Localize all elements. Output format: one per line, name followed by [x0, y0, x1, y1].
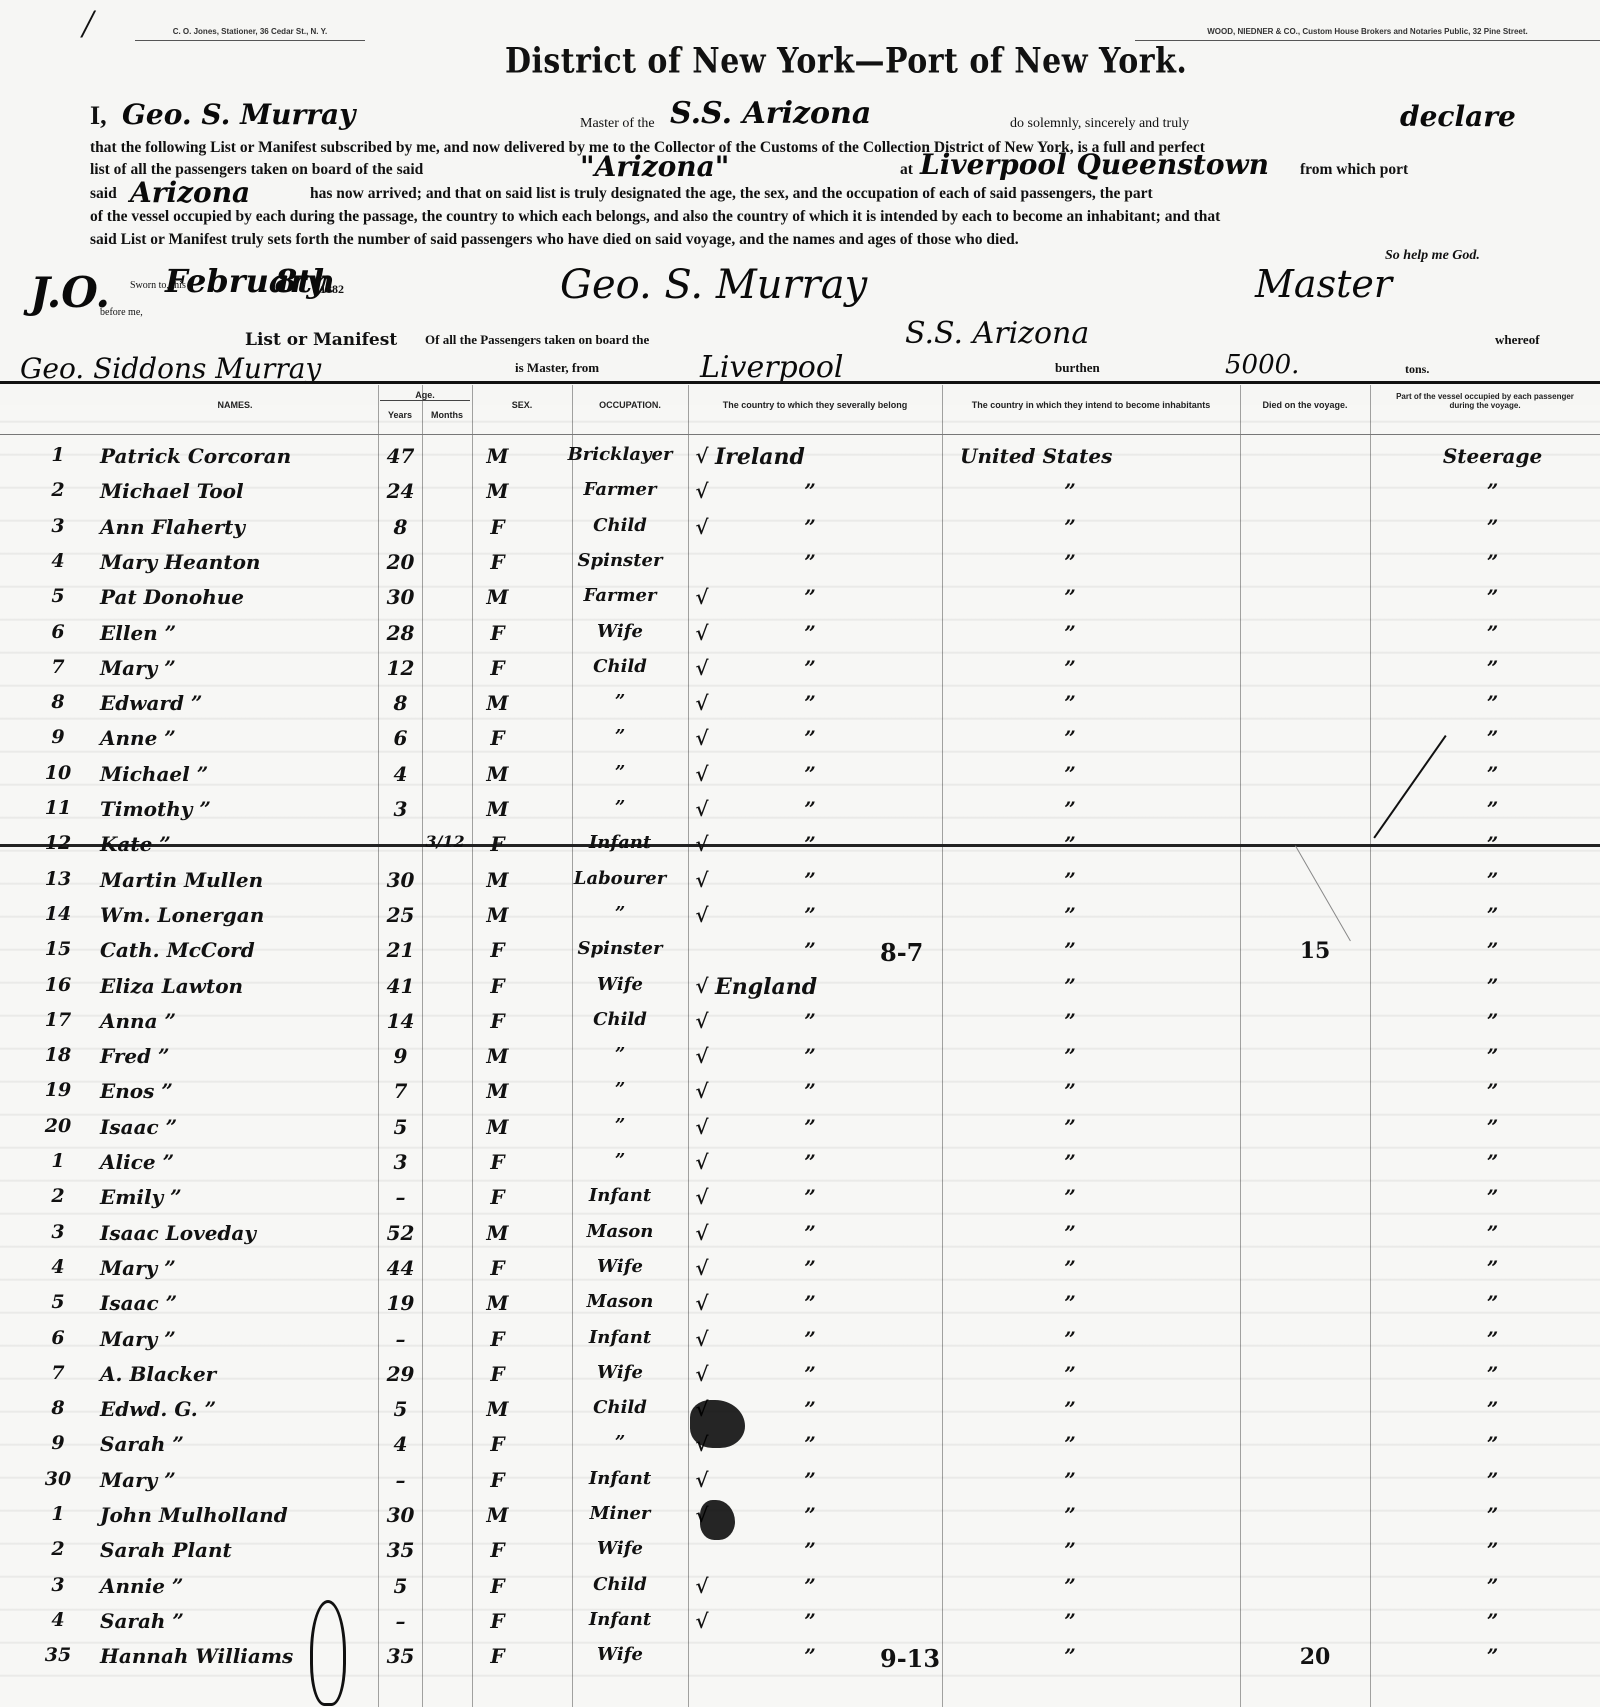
check-mark: √ [690, 726, 714, 750]
row-number: 1 [30, 444, 86, 466]
check-mark: √ [690, 691, 714, 715]
occupation: ” [555, 1150, 685, 1171]
table-row: 17Anna ”14FChild√””” [0, 1005, 1600, 1038]
of-all-passengers: Of all the Passengers taken on board the [425, 332, 649, 348]
ditto-inhabit: ” [1060, 691, 1080, 715]
col-years: Years [380, 410, 420, 420]
age-years: – [378, 1468, 423, 1492]
age-years: 25 [378, 903, 423, 927]
row-number: 8 [30, 1397, 86, 1419]
row-number: 2 [30, 479, 86, 501]
passenger-name: Anna ” [100, 1009, 176, 1033]
age-years: – [378, 1327, 423, 1351]
ditto-inhabit: ” [1060, 1397, 1080, 1421]
ditto-inhabit: ” [1060, 1115, 1080, 1139]
sex: M [470, 1079, 525, 1103]
row-number: 35 [30, 1644, 86, 1666]
decl-line4: has now arrived; and that on said list i… [310, 182, 1153, 205]
ditto-inhabit: ” [1060, 938, 1080, 962]
vessel-part: ” [1395, 1609, 1590, 1633]
row-number: 16 [30, 974, 86, 996]
occupation: Infant [555, 832, 685, 853]
occupation: Spinster [555, 938, 685, 959]
row-number: 19 [30, 1079, 86, 1101]
annotation-number-2: 20 [1240, 1644, 1390, 1670]
passenger-name: Mary ” [100, 656, 176, 680]
table-row: 10Michael ”4M”√””” [0, 758, 1600, 791]
page-mark: / [82, 0, 93, 47]
sex: F [470, 1644, 525, 1668]
ditto-inhabit: ” [1060, 1503, 1080, 1527]
occupation: Spinster [555, 550, 685, 571]
ditto-inhabit: ” [1060, 726, 1080, 750]
ditto-belong: ” [800, 1221, 820, 1245]
sex: F [470, 726, 525, 750]
check-mark: √ [690, 1150, 714, 1174]
check-mark: √ [690, 762, 714, 786]
sex: M [470, 1291, 525, 1315]
occupation: Wife [555, 1644, 685, 1665]
age-years: 21 [378, 938, 423, 962]
table-row: 3Annie ”5FChild√””” [0, 1570, 1600, 1603]
check-mark: √ [690, 1574, 714, 1598]
vessel-part: Steerage [1395, 444, 1590, 468]
vessel-part: ” [1395, 1256, 1590, 1280]
occupation: Infant [555, 1468, 685, 1489]
ditto-belong: ” [800, 1327, 820, 1351]
country-belong: England [715, 974, 817, 1000]
ditto-belong: ” [800, 762, 820, 786]
sex: F [470, 1574, 525, 1598]
ditto-belong: ” [800, 621, 820, 645]
occupation: Child [555, 1574, 685, 1595]
row-number: 6 [30, 1327, 86, 1349]
age-years: 47 [378, 444, 423, 468]
sex: M [470, 1503, 525, 1527]
vessel-part: ” [1395, 938, 1590, 962]
column-headers: NAMES. Age. Years Months SEX. OCCUPATION… [0, 392, 1600, 435]
occupation: Miner [555, 1503, 685, 1524]
ditto-inhabit: ” [1060, 621, 1080, 645]
ditto-belong: ” [800, 1609, 820, 1633]
vessel-part: ” [1395, 832, 1590, 856]
ditto-inhabit: ” [1060, 1609, 1080, 1633]
age-years: 30 [378, 868, 423, 892]
header-divider [0, 381, 1600, 384]
occupation: Infant [555, 1609, 685, 1630]
vessel-part: ” [1395, 1079, 1590, 1103]
sex: F [470, 515, 525, 539]
ditto-belong: ” [800, 1574, 820, 1598]
occupation: Child [555, 1009, 685, 1030]
row-number: 30 [30, 1468, 86, 1490]
ditto-inhabit: ” [1060, 1221, 1080, 1245]
table-row: 2Sarah Plant35FWife””” [0, 1534, 1600, 1567]
sex: M [470, 1115, 525, 1139]
row-number: 3 [30, 515, 86, 537]
row-number: 2 [30, 1538, 86, 1560]
ditto-belong: ” [800, 1044, 820, 1068]
occupation: Wife [555, 974, 685, 995]
passenger-name: Sarah Plant [100, 1538, 232, 1562]
printer-imprint-right: WOOD, NIEDNER & CO., Custom House Broker… [1135, 27, 1600, 41]
occupation: Infant [555, 1327, 685, 1348]
sex: F [470, 1009, 525, 1033]
sex: F [470, 1468, 525, 1492]
row-number: 7 [30, 656, 86, 678]
check-mark: √ [690, 1468, 714, 1492]
age-years: 6 [378, 726, 423, 750]
passenger-name: Timothy ” [100, 797, 211, 821]
occupation: Farmer [555, 585, 685, 606]
passenger-name: Cath. McCord [100, 938, 255, 962]
passenger-name: A. Blacker [100, 1362, 216, 1386]
occupation: ” [555, 1432, 685, 1453]
ditto-inhabit: ” [1060, 1574, 1080, 1598]
passenger-name: Enos ” [100, 1079, 173, 1103]
table-row: 9Anne ”6F”√””” [0, 722, 1600, 755]
occupation: ” [555, 1079, 685, 1100]
age-years: 9 [378, 1044, 423, 1068]
table-row: 2Michael Tool24MFarmer√””” [0, 475, 1600, 508]
ditto-inhabit: ” [1060, 1327, 1080, 1351]
ink-loop-mark [310, 1600, 346, 1706]
check-mark: √ [690, 1291, 714, 1315]
ditto-belong: ” [800, 691, 820, 715]
age-years: 52 [378, 1221, 423, 1245]
sex: M [470, 903, 525, 927]
col-sex: SEX. [474, 400, 570, 410]
sex: M [470, 585, 525, 609]
ditto-inhabit: ” [1060, 832, 1080, 856]
age-years: 44 [378, 1256, 423, 1280]
table-row: 8Edward ”8M”√””” [0, 687, 1600, 720]
occupation: ” [555, 726, 685, 747]
sex: M [470, 868, 525, 892]
age-years: 3 [378, 797, 423, 821]
ship-name-2: "Arizona" [580, 150, 729, 183]
sex: M [470, 444, 525, 468]
passenger-name: Michael Tool [100, 479, 244, 503]
before-me-label: before me, [100, 307, 143, 318]
table-row: 5Isaac ”19MMason√””” [0, 1287, 1600, 1320]
ink-blot [690, 1400, 745, 1448]
row-number: 4 [30, 1609, 86, 1631]
row-number: 9 [30, 726, 86, 748]
ditto-inhabit: ” [1060, 1079, 1080, 1103]
decl-solemnly: do solemnly, sincerely and truly [1010, 112, 1189, 135]
ditto-belong: ” [800, 1150, 820, 1174]
row-number: 10 [30, 762, 86, 784]
ditto-inhabit: ” [1060, 1538, 1080, 1562]
col-country-inhabit: The country in which they intend to beco… [944, 400, 1238, 410]
country-inhabit: United States [960, 444, 1112, 468]
occupation: Infant [555, 1185, 685, 1206]
occupation: ” [555, 1115, 685, 1136]
sex: M [470, 797, 525, 821]
vessel-part: ” [1395, 1432, 1590, 1456]
row-number: 11 [30, 797, 86, 819]
vessel-part: ” [1395, 1291, 1590, 1315]
passenger-name: John Mulholland [100, 1503, 288, 1527]
sex: F [470, 1256, 525, 1280]
table-row: 13Martin Mullen30MLabourer√””” [0, 864, 1600, 897]
age-years: 4 [378, 1432, 423, 1456]
row-number: 4 [30, 550, 86, 572]
passenger-name: Pat Donohue [100, 585, 244, 609]
ditto-belong: ” [800, 479, 820, 503]
vessel-part: ” [1395, 726, 1590, 750]
row-number: 20 [30, 1115, 86, 1137]
passenger-name: Edward ” [100, 691, 202, 715]
occupation: ” [555, 1044, 685, 1065]
table-row: 16Eliza Lawton41FWife√England”” [0, 970, 1600, 1003]
sex: M [470, 1221, 525, 1245]
age-years: – [378, 1609, 423, 1633]
so-help-me-god: So help me God. [1385, 248, 1480, 264]
passenger-name: Eliza Lawton [100, 974, 243, 998]
sex: F [470, 656, 525, 680]
occupation: Wife [555, 1256, 685, 1277]
row-number: 13 [30, 868, 86, 890]
vessel-part: ” [1395, 1221, 1590, 1245]
vessel-part: ” [1395, 868, 1590, 892]
age-years: 19 [378, 1291, 423, 1315]
vessel-part: ” [1395, 1468, 1590, 1492]
table-row: 6Ellen ”28FWife√””” [0, 617, 1600, 650]
ditto-inhabit: ” [1060, 656, 1080, 680]
sex: F [470, 1185, 525, 1209]
passenger-name: Mary Heanton [100, 550, 260, 574]
row-number: 3 [30, 1221, 86, 1243]
vessel-part: ” [1395, 1362, 1590, 1386]
passenger-name: Isaac ” [100, 1115, 177, 1139]
vessel-part: ” [1395, 621, 1590, 645]
table-row: 11Timothy ”3M”√””” [0, 793, 1600, 826]
age-months: 3/12 [420, 832, 470, 851]
ditto-belong: ” [800, 832, 820, 856]
row-number: 7 [30, 1362, 86, 1384]
passenger-name: Mary ” [100, 1327, 176, 1351]
ditto-belong: ” [800, 938, 820, 962]
age-years: 35 [378, 1538, 423, 1562]
sex: F [470, 1327, 525, 1351]
vessel-part: ” [1395, 1503, 1590, 1527]
check-mark: √ [690, 1362, 714, 1386]
check-mark: √ [690, 1221, 714, 1245]
vessel-part: ” [1395, 479, 1590, 503]
table-row: 7A. Blacker29FWife√””” [0, 1358, 1600, 1391]
ditto-inhabit: ” [1060, 585, 1080, 609]
row-number: 8 [30, 691, 86, 713]
table-row: 4Sarah ”–FInfant√””” [0, 1605, 1600, 1638]
age-years: 41 [378, 974, 423, 998]
ditto-belong: ” [800, 1079, 820, 1103]
occupation: ” [555, 691, 685, 712]
vessel-part: ” [1395, 515, 1590, 539]
check-mark: √ [690, 797, 714, 821]
check-mark: √ [690, 903, 714, 927]
col-months: Months [424, 410, 470, 420]
decl-prefix: I, [90, 104, 107, 127]
ditto-inhabit: ” [1060, 1291, 1080, 1315]
tonnage-value: 5000. [1225, 350, 1299, 380]
ditto-inhabit: ” [1060, 797, 1080, 821]
age-years: 28 [378, 621, 423, 645]
annotation-number: 8-7 [880, 938, 923, 967]
occupation: Mason [555, 1291, 685, 1312]
age-years: 5 [378, 1574, 423, 1598]
table-row: 2Emily ”–FInfant√””” [0, 1181, 1600, 1214]
decl-master-of: Master of the [580, 112, 655, 135]
check-mark: √ [690, 621, 714, 645]
ditto-belong: ” [800, 1115, 820, 1139]
table-row: 20Isaac ”5M”√””” [0, 1111, 1600, 1144]
vessel-part: ” [1395, 1397, 1590, 1421]
passenger-name: Mary ” [100, 1468, 176, 1492]
tons-label: tons. [1405, 362, 1429, 377]
row-number: 2 [30, 1185, 86, 1207]
ditto-inhabit: ” [1060, 1468, 1080, 1492]
age-years: 14 [378, 1009, 423, 1033]
vessel-part: ” [1395, 691, 1590, 715]
ditto-belong: ” [800, 1644, 820, 1668]
vessel-part: ” [1395, 1115, 1590, 1139]
age-years: 8 [378, 515, 423, 539]
ink-blot [700, 1500, 735, 1540]
col-died: Died on the voyage. [1242, 400, 1368, 410]
list-or-manifest-label: List or Manifest [245, 330, 397, 350]
check-mark: √ [690, 1256, 714, 1280]
col-occupation: OCCUPATION. [574, 400, 686, 410]
sex: F [470, 938, 525, 962]
table-row: 15Cath. McCord21FSpinster”””8-715 [0, 934, 1600, 967]
table-row: 9Sarah ”4F”√””” [0, 1428, 1600, 1461]
sex: M [470, 1397, 525, 1421]
row-number: 15 [30, 938, 86, 960]
check-mark: √ [690, 656, 714, 680]
table-row: 5Pat Donohue30MFarmer√””” [0, 581, 1600, 614]
occupation: Child [555, 1397, 685, 1418]
age-years: 8 [378, 691, 423, 715]
official-initials: J.O. [30, 268, 110, 317]
row-number: 14 [30, 903, 86, 925]
passenger-name: Wm. Lonergan [100, 903, 264, 927]
check-mark: √ [690, 1609, 714, 1633]
row-number: 17 [30, 1009, 86, 1031]
age-years: 4 [378, 762, 423, 786]
ship-name-1: S.S. Arizona [670, 96, 871, 131]
table-row: 3Ann Flaherty8FChild√””” [0, 511, 1600, 544]
passenger-name: Patrick Corcoran [100, 444, 291, 468]
occupation: Labourer [555, 868, 685, 889]
vessel-part: ” [1395, 1574, 1590, 1598]
row-number: 18 [30, 1044, 86, 1066]
occupation: Child [555, 515, 685, 536]
check-mark: √ [690, 1115, 714, 1139]
master-signature: Geo. S. Murray [560, 262, 867, 308]
passenger-name: Isaac ” [100, 1291, 177, 1315]
ditto-belong: ” [800, 797, 820, 821]
is-master-from-label: is Master, from [515, 360, 599, 376]
check-mark: √ [690, 1009, 714, 1033]
check-mark: √ [690, 832, 714, 856]
sex: F [470, 832, 525, 856]
ditto-inhabit: ” [1060, 1150, 1080, 1174]
passenger-name: Isaac Loveday [100, 1221, 256, 1245]
vessel-part: ” [1395, 1327, 1590, 1351]
declare-word: declare [1400, 100, 1516, 133]
check-mark: √ [690, 444, 714, 468]
table-row: 18Fred ”9M”√””” [0, 1040, 1600, 1073]
sex: M [470, 762, 525, 786]
ditto-inhabit: ” [1060, 1256, 1080, 1280]
passenger-name: Alice ” [100, 1150, 174, 1174]
age-years: 12 [378, 656, 423, 680]
table-row: 4Mary Heanton20FSpinster””” [0, 546, 1600, 579]
vessel-part: ” [1395, 974, 1590, 998]
ditto-belong: ” [800, 1185, 820, 1209]
ditto-belong: ” [800, 868, 820, 892]
manifest-ship-name: S.S. Arizona [905, 316, 1089, 351]
col-names: NAMES. [100, 400, 370, 410]
passenger-name: Ann Flaherty [100, 515, 245, 539]
passenger-name: Annie ” [100, 1574, 183, 1598]
departure-port: Liverpool Queenstown [920, 148, 1269, 181]
passenger-name: Ellen ” [100, 621, 176, 645]
table-row: 12Kate ”3/12FInfant√””” [0, 828, 1600, 861]
vessel-part: ” [1395, 656, 1590, 680]
manifest-from-port: Liverpool [700, 350, 843, 385]
vessel-part: ” [1395, 1538, 1590, 1562]
occupation: Bricklayer [555, 444, 685, 465]
table-row: 1Patrick Corcoran47MBricklayer√IrelandUn… [0, 440, 1600, 473]
occupation: ” [555, 762, 685, 783]
ditto-inhabit: ” [1060, 1185, 1080, 1209]
sex: M [470, 1044, 525, 1068]
check-mark: √ [690, 1044, 714, 1068]
ditto-inhabit: ” [1060, 550, 1080, 574]
check-mark: √ [690, 974, 714, 998]
vessel-part: ” [1395, 1150, 1590, 1174]
age-years: – [378, 1185, 423, 1209]
age-years: 29 [378, 1362, 423, 1386]
table-row: 8Edwd. G. ”5MChild√””” [0, 1393, 1600, 1426]
ditto-inhabit: ” [1060, 1044, 1080, 1068]
check-mark: √ [690, 1079, 714, 1103]
decl-line3-end: from which port [1300, 158, 1408, 181]
occupation: Wife [555, 1538, 685, 1559]
check-mark: √ [690, 479, 714, 503]
master-name: Geo. S. Murray [122, 98, 355, 131]
sex: F [470, 1150, 525, 1174]
age-years: 20 [378, 550, 423, 574]
row-number: 5 [30, 1291, 86, 1313]
header-bottom-rule [0, 434, 1600, 435]
table-row: 3Isaac Loveday52MMason√””” [0, 1217, 1600, 1250]
sex: F [470, 974, 525, 998]
occupation: ” [555, 797, 685, 818]
annotation-number-2: 15 [1240, 938, 1390, 964]
row-number: 6 [30, 621, 86, 643]
ditto-inhabit: ” [1060, 515, 1080, 539]
passenger-name: Martin Mullen [100, 868, 263, 892]
row-number: 4 [30, 1256, 86, 1278]
decl-line4-prefix: said [90, 182, 117, 205]
row-number: 9 [30, 1432, 86, 1454]
sex: F [470, 1362, 525, 1386]
decl-line5: of the vessel occupied by each during th… [90, 205, 1220, 228]
